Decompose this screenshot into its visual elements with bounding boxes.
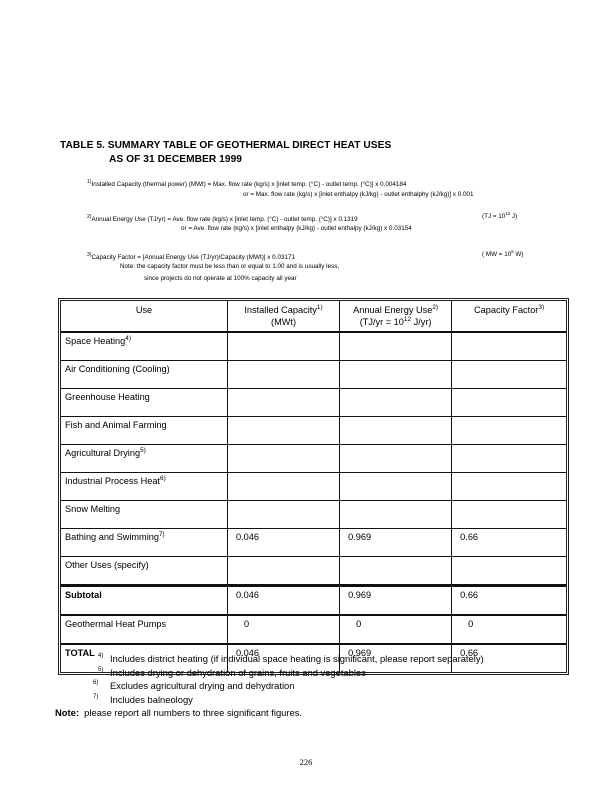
- formula-2-line-1: 2)Annual Energy Use (TJ/yr) = Ave. flow …: [87, 213, 358, 224]
- cell-capacity-factor: [452, 501, 566, 529]
- significant-figures-note: Note: please report all numbers to three…: [55, 706, 484, 720]
- table-row: Other Uses (specify): [61, 557, 566, 586]
- cell-use: Greenhouse Heating: [61, 389, 227, 417]
- summary-table: Use Installed Capacity1) (MWt) Annual En…: [58, 298, 569, 675]
- cell-installed-capacity: [227, 361, 339, 389]
- header-annual-energy-use: Annual Energy Use2) (TJ/yr = 1012 J/yr): [340, 301, 452, 332]
- cell-annual-energy-use: [340, 417, 452, 445]
- cell-annual-energy-use: [340, 332, 452, 361]
- cell-annual-energy-use: [340, 361, 452, 389]
- cell-capacity-factor: [452, 445, 566, 473]
- cell-capacity-factor: [452, 417, 566, 445]
- formula-3-note-1: Note: the capacity factor must be less t…: [120, 263, 339, 271]
- table-header-row: Use Installed Capacity1) (MWt) Annual En…: [61, 301, 566, 332]
- formula-3-note-2: since projects do not operate at 100% ca…: [144, 275, 297, 283]
- cell-capacity-factor: 0.66: [452, 529, 566, 557]
- table-row: Snow Melting: [61, 501, 566, 529]
- formula-1-line-1: 1)Installed Capacity (thermal power) (MW…: [87, 178, 406, 189]
- formula-2-unit: (TJ = 1012 J): [482, 213, 517, 221]
- cell-capacity-factor: [452, 389, 566, 417]
- cell-installed-capacity: [227, 332, 339, 361]
- table-row: Space Heating4): [61, 332, 566, 361]
- cell-use: Agricultural Drying5): [61, 445, 227, 473]
- header-installed-capacity: Installed Capacity1) (MWt): [227, 301, 339, 332]
- footnotes: 4)Includes district heating (if individu…: [60, 652, 484, 720]
- formula-3-unit: ( MW = 106 W): [482, 251, 523, 259]
- cell-installed-capacity: 0.046: [227, 586, 339, 616]
- cell-installed-capacity: [227, 473, 339, 501]
- cell-annual-energy-use: [340, 389, 452, 417]
- footnote-7: 7)Includes balneology: [60, 693, 484, 707]
- header-use: Use: [61, 301, 227, 332]
- cell-annual-energy-use: [340, 501, 452, 529]
- cell-installed-capacity: [227, 501, 339, 529]
- footnote-5: 5)Includes drying or dehydration of grai…: [60, 666, 484, 680]
- cell-annual-energy-use: 0.969: [340, 586, 452, 616]
- cell-use: Bathing and Swimming7): [61, 529, 227, 557]
- cell-installed-capacity: 0.046: [227, 529, 339, 557]
- cell-use: Other Uses (specify): [61, 557, 227, 586]
- table-row: Agricultural Drying5): [61, 445, 566, 473]
- formula-2-line-2: or = Ave. flow rate (kg/s) x [inlet enth…: [181, 225, 412, 233]
- cell-use: Industrial Process Heat6): [61, 473, 227, 501]
- formula-1-line-2: or = Max. flow rate (kg/s) x [inlet enth…: [243, 191, 473, 199]
- cell-capacity-factor: [452, 332, 566, 361]
- cell-capacity-factor: [452, 361, 566, 389]
- table-row: Subtotal0.0460.9690.66: [61, 586, 566, 616]
- cell-use: Geothermal Heat Pumps: [61, 615, 227, 644]
- cell-use: Snow Melting: [61, 501, 227, 529]
- table-row: Greenhouse Heating: [61, 389, 566, 417]
- cell-installed-capacity: [227, 417, 339, 445]
- cell-annual-energy-use: 0.969: [340, 529, 452, 557]
- cell-capacity-factor: [452, 557, 566, 586]
- header-capacity-factor: Capacity Factor3): [452, 301, 566, 332]
- table-row: Bathing and Swimming7)0.0460.9690.66: [61, 529, 566, 557]
- cell-capacity-factor: 0: [452, 615, 566, 644]
- cell-capacity-factor: 0.66: [452, 586, 566, 616]
- cell-use: Fish and Animal Farming: [61, 417, 227, 445]
- cell-capacity-factor: [452, 473, 566, 501]
- cell-annual-energy-use: [340, 445, 452, 473]
- cell-installed-capacity: [227, 389, 339, 417]
- cell-installed-capacity: [227, 557, 339, 586]
- table-row: Geothermal Heat Pumps000: [61, 615, 566, 644]
- cell-annual-energy-use: [340, 473, 452, 501]
- title-line-2: AS OF 31 DECEMBER 1999: [60, 153, 391, 167]
- cell-use: Subtotal: [61, 586, 227, 616]
- cell-use: Space Heating4): [61, 332, 227, 361]
- title-line-1: TABLE 5. SUMMARY TABLE OF GEOTHERMAL DIR…: [60, 140, 391, 151]
- table-row: Industrial Process Heat6): [61, 473, 566, 501]
- cell-annual-energy-use: 0: [340, 615, 452, 644]
- table-title: TABLE 5. SUMMARY TABLE OF GEOTHERMAL DIR…: [60, 139, 391, 167]
- page-number: 226: [0, 757, 612, 767]
- footnote-4: 4)Includes district heating (if individu…: [60, 652, 484, 666]
- cell-installed-capacity: 0: [227, 615, 339, 644]
- footnote-6: 6)Excludes agricultural drying and dehyd…: [60, 679, 484, 693]
- cell-annual-energy-use: [340, 557, 452, 586]
- cell-use: Air Conditioning (Cooling): [61, 361, 227, 389]
- cell-installed-capacity: [227, 445, 339, 473]
- formula-3-line-1: 3)Capacity Factor = [Annual Energy Use (…: [87, 251, 295, 262]
- table-row: Air Conditioning (Cooling): [61, 361, 566, 389]
- table-row: Fish and Animal Farming: [61, 417, 566, 445]
